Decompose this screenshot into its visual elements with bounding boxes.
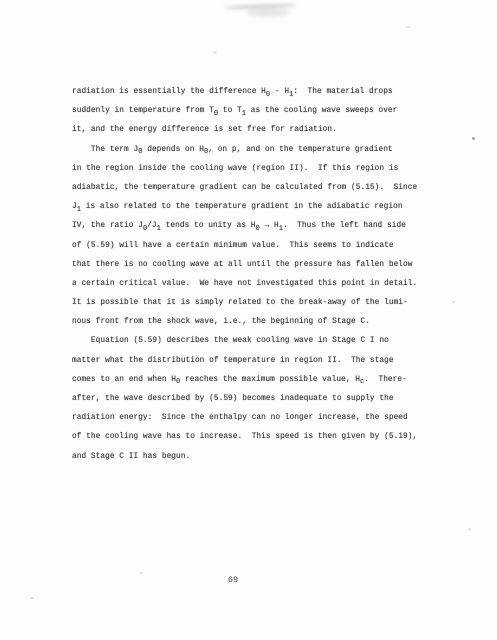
subscript: 1 (77, 206, 81, 214)
text-line: IV, the ratio J0/J1 tends to unity as H0… (72, 222, 432, 241)
scanned-page: radiation is essentially the difference … (0, 0, 497, 640)
text-line: and Stage C II has begun. (72, 453, 432, 472)
text-line: comes to an end when H0 reaches the maxi… (72, 376, 432, 395)
scan-speck (452, 301, 455, 303)
subscript: 0 (214, 110, 218, 118)
text-line: that there is no cooling wave at all unt… (72, 261, 432, 280)
scan-speck (468, 528, 471, 531)
scan-speck (140, 572, 143, 574)
text-line: suddenly in temperature from T0 to T1 as… (72, 107, 432, 126)
subscript: 0 (138, 148, 142, 156)
scan-speck (406, 26, 411, 28)
text-line: of (5.59) will have a certain minimum va… (72, 242, 432, 261)
subscript: 1 (289, 91, 293, 99)
text-line: of the cooling wave has to increase. Thi… (72, 433, 432, 452)
text-line: radiation energy: Since the enthalpy can… (72, 414, 432, 433)
text-line: in the region inside the cooling wave (r… (72, 165, 432, 184)
subscript: 0 (143, 225, 147, 233)
subscript: 1 (279, 225, 283, 233)
text-line: adiabatic, the temperature gradient can … (72, 184, 432, 203)
subscript: 0 (256, 225, 260, 233)
text-line: matter what the distribution of temperat… (72, 357, 432, 376)
page-number: 69 (218, 575, 248, 585)
scan-smudge (246, 8, 290, 17)
subscript: 1 (242, 110, 246, 118)
subscript: 0 (176, 378, 180, 386)
text-line: it, and the energy difference is set fre… (72, 126, 432, 145)
subscript: 0 (266, 91, 270, 99)
text-block: radiation is essentially the difference … (72, 88, 432, 472)
subscript: c (360, 378, 364, 386)
scan-speck (472, 137, 475, 140)
scan-speck (30, 597, 34, 599)
text-line: a certain critical value. We have not in… (72, 280, 432, 299)
text-line: radiation is essentially the difference … (72, 88, 432, 107)
text-line: It is possible that it is simply related… (72, 299, 432, 318)
text-line: nous front from the shock wave, i.e., th… (72, 318, 432, 337)
subscript: 0 (204, 148, 208, 156)
scan-speck (213, 51, 217, 54)
text-line: The term J0 depends on H0, on p, and on … (72, 146, 432, 165)
subscript: 1 (157, 225, 161, 233)
text-line: after, the wave described by (5.59) beco… (72, 395, 432, 414)
text-line: Equation (5.59) describes the weak cooli… (72, 337, 432, 356)
text-line: J1 is also related to the temperature gr… (72, 203, 432, 222)
